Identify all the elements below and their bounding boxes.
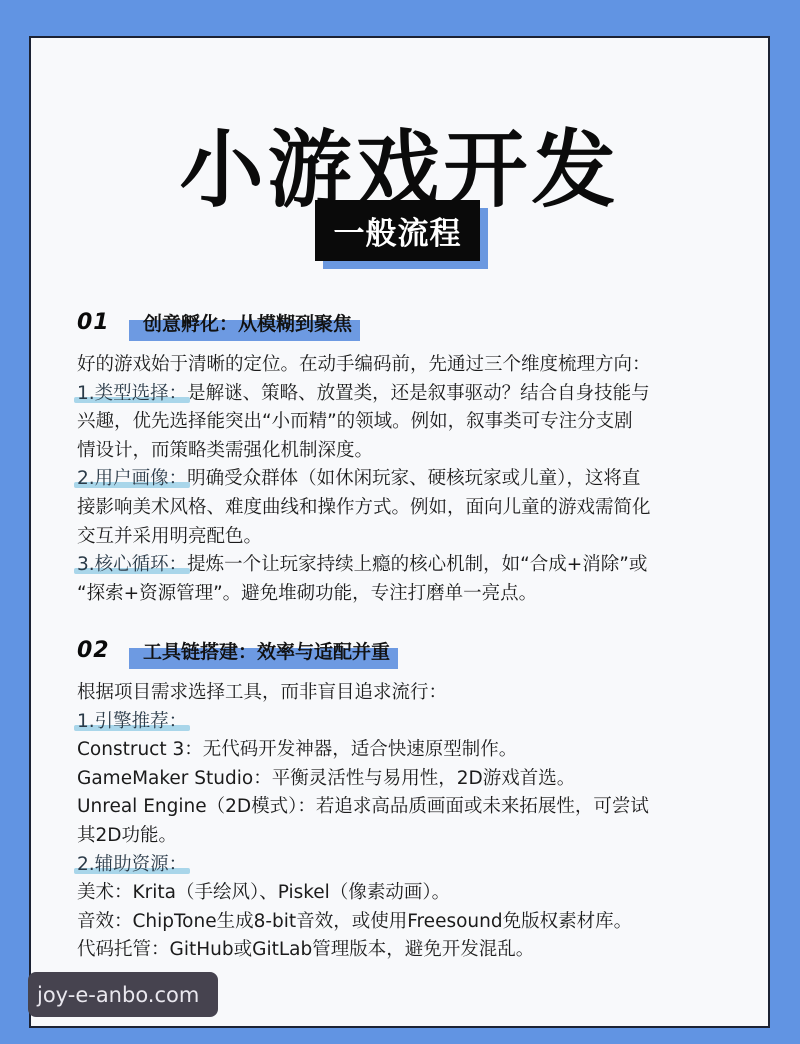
paragraph-line: 音效：ChipTone生成8-bit音效，或使用Freesound免版权素材库。 xyxy=(77,908,747,937)
paragraph-line: “探索+资源管理”。避免堆砌功能，专注打磨单一亮点。 xyxy=(77,580,747,609)
section-number: 01 xyxy=(77,310,129,335)
paragraph-line: 美术：Krita（手绘风）、Piskel（像素动画）。 xyxy=(77,879,747,908)
content-card: 小游戏开发 一般流程 01 创意孵化：从模糊到聚焦 好的游戏始于清晰的定位。在动… xyxy=(29,36,770,1028)
paragraph-line: 情设计，而策略类需强化机制深度。 xyxy=(77,437,747,466)
subtitle-box: 一般流程 xyxy=(315,200,480,261)
section-title: 工具链搭建：效率与适配并重 xyxy=(129,637,398,664)
paragraph-line: 兴趣，优先选择能突出“小而精”的领域。例如，叙事类可专注分支剧 xyxy=(77,408,747,437)
paragraph-line: 好的游戏始于清晰的定位。在动手编码前，先通过三个维度梳理方向： xyxy=(77,351,747,380)
paragraph-line: 2.用户画像：明确受众群体（如休闲玩家、硬核玩家或儿童），这将直 xyxy=(77,465,747,494)
section-01-body: 好的游戏始于清晰的定位。在动手编码前，先通过三个维度梳理方向： 1.类型选择：是… xyxy=(77,351,747,608)
label-highlight: 2.辅助资源： xyxy=(77,854,187,875)
section-title: 创意孵化：从模糊到聚焦 xyxy=(129,309,360,336)
section-02-body: 根据项目需求选择工具，而非盲目追求流行： 1.引擎推荐： Construct 3… xyxy=(77,679,747,965)
label-highlight: 2.用户画像： xyxy=(77,468,187,489)
label-highlight: 1.引擎推荐： xyxy=(77,711,187,732)
paragraph-line: 1.类型选择：是解谜、策略、放置类，还是叙事驱动？结合自身技能与 xyxy=(77,380,747,409)
watermark: joy-e-anbo.com xyxy=(28,972,218,1017)
paragraph-line: GameMaker Studio：平衡灵活性与易用性，2D游戏首选。 xyxy=(77,765,747,794)
paragraph-line: 3.核心循环：提炼一个让玩家持续上瘾的核心机制，如“合成+消除”或 xyxy=(77,551,747,580)
paragraph-line: 其2D功能。 xyxy=(77,822,747,851)
paragraph-line: Unreal Engine（2D模式）：若追求高品质画面或未来拓展性，可尝试 xyxy=(77,793,747,822)
paragraph-line: Construct 3：无代码开发神器，适合快速原型制作。 xyxy=(77,736,747,765)
section-02-heading: 02 工具链搭建：效率与适配并重 xyxy=(77,635,398,665)
section-01-heading: 01 创意孵化：从模糊到聚焦 xyxy=(77,307,360,337)
paragraph-line: 代码托管：GitHub或GitLab管理版本，避免开发混乱。 xyxy=(77,936,747,965)
section-number: 02 xyxy=(77,638,129,663)
paragraph-line: 1.引擎推荐： xyxy=(77,708,747,737)
paragraph-line: 接影响美术风格、难度曲线和操作方式。例如，面向儿童的游戏需简化 xyxy=(77,494,747,523)
label-highlight: 3.核心循环： xyxy=(77,554,187,575)
paragraph-line: 交互并采用明亮配色。 xyxy=(77,523,747,552)
paragraph-line: 根据项目需求选择工具，而非盲目追求流行： xyxy=(77,679,747,708)
paragraph-line: 2.辅助资源： xyxy=(77,851,747,880)
subtitle: 一般流程 xyxy=(315,200,480,261)
label-highlight: 1.类型选择： xyxy=(77,383,187,404)
